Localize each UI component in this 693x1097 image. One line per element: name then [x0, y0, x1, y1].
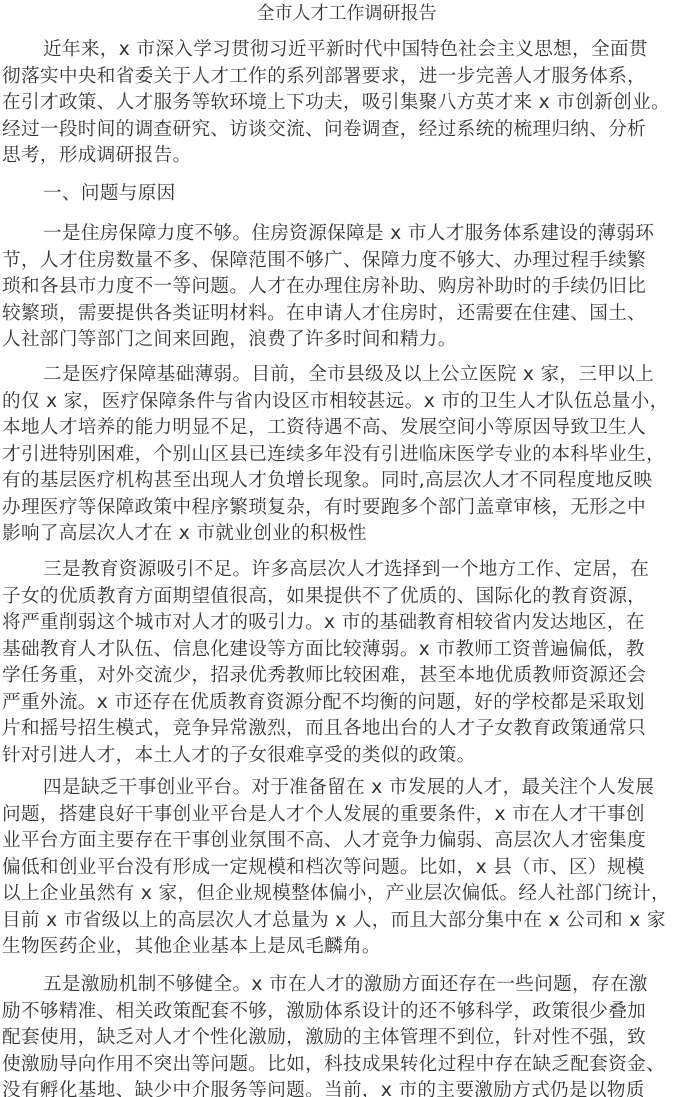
paragraph-line: 彻落实中央和省委关于人才工作的系列部署要求，进一步完善人才服务体系，: [2, 64, 693, 91]
paragraph-line: 较繁琐，需要提供各类证明材料。在申请人才住房时，还需要在住建、国土、: [2, 301, 693, 328]
housing-paragraph: 一是住房保障力度不够。住房资源保障是 x 市人才服务体系建设的薄弱环 节，人才住…: [2, 221, 693, 354]
paragraph-line: 没有孵化基地、缺少中介服务等问题。当前，x 市的主要激励方式仍是以物质: [2, 1078, 693, 1097]
paragraph-line: 影响了高层次人才在 x 市就业创业的积极性: [2, 521, 693, 548]
paragraph-line: 节，人才住房数量不多、保障范围不够广、保障力度不够大、办理过程手续繁: [2, 248, 693, 275]
intro-paragraph: 近年来，x 市深入学习贯彻习近平新时代中国特色社会主义思想，全面贯 彻落实中央和…: [2, 37, 693, 170]
paragraph-line: 励不够精准、相关政策配套不够，激励体系设计的还不够科学，政策很少叠加: [2, 999, 693, 1026]
paragraph-line: 办理医疗等保障政策中程序繁琐复杂，有时要跑多个部门盖章审核，无形之中: [2, 495, 693, 522]
paragraph-line: 人社部门等部门之间来回跑，浪费了许多时间和精力。: [2, 327, 693, 354]
paragraph-line: 业平台方面主要存在干事创业氛围不高、人才竞争力偏弱、高层次人才密集度: [2, 828, 693, 855]
paragraph-line: 偏低和创业平台没有形成一定规模和档次等问题。比如，x 县（市、区）规模: [2, 855, 693, 882]
paragraph-line: 学任务重，对外交流少，招录优秀教师比较困难，甚至本地优质教师资源还会: [2, 663, 693, 690]
section-heading: 一、问题与原因: [2, 181, 693, 208]
paragraph-line: 琐和各县市力度不一等问题。人才在办理住房补助、购房补助时的手续仍旧比: [2, 274, 693, 301]
paragraph-line: 严重外流。x 市还存在优质教育资源分配不均衡的问题，好的学校都是采取划: [2, 690, 693, 717]
paragraph-line: 一是住房保障力度不够。住房资源保障是 x 市人才服务体系建设的薄弱环: [2, 221, 693, 248]
paragraph-line: 二是医疗保障基础薄弱。目前，全市县级及以上公立医院 x 家，三甲以上: [2, 362, 693, 389]
paragraph-line: 将严重削弱这个城市对人才的吸引力。x 市的基础教育相较省内发达地区，在: [2, 610, 693, 637]
paragraph-line: 经过一段时间的调查研究、访谈交流、问卷调查，经过系统的梳理归纳、分析: [2, 117, 693, 144]
paragraph-line: 基础教育人才队伍、信息化建设等方面比较薄弱。x 市教师工资普遍偏低，教: [2, 637, 693, 664]
paragraph-line: 才引进特别困难，个别山区县已连续多年没有引进临床医学专业的本科毕业生，: [2, 442, 693, 469]
incentive-paragraph: 五是激励机制不够健全。x 市在人才的激励方面还存在一些问题，存在激 励不够精准、…: [2, 972, 693, 1097]
paragraph-line: 四是缺乏干事创业平台。对于准备留在 x 市发展的人才，最关注个人发展: [2, 775, 693, 802]
paragraph-line: 在引才政策、人才服务等软环境上下功夫，吸引集聚八方英才来 x 市创新创业。: [2, 90, 693, 117]
section-heading-problems: 一、问题与原因: [2, 181, 693, 208]
paragraph-line: 的仅 x 家，医疗保障条件与省内设区市相较甚远。x 市的卫生人才队伍总量小，: [2, 389, 693, 416]
paragraph-line: 针对引进人才，本土人才的子女很难享受的类似的政策。: [2, 743, 693, 770]
paragraph-line: 五是激励机制不够健全。x 市在人才的激励方面还存在一些问题，存在激: [2, 972, 693, 999]
medical-paragraph: 二是医疗保障基础薄弱。目前，全市县级及以上公立医院 x 家，三甲以上 的仅 x …: [2, 362, 693, 548]
paragraph-line: 以上企业虽然有 x 家，但企业规模整体偏小，产业层次偏低。经人社部门统计，: [2, 881, 693, 908]
paragraph-line: 三是教育资源吸引不足。许多高层次人才选择到一个地方工作、定居，在: [2, 557, 693, 584]
paragraph-line: 生物医药企业，其他企业基本上是凤毛麟角。: [2, 934, 693, 961]
paragraph-line: 子女的优质教育方面期望值很高，如果提供不了优质的、国际化的教育资源，: [2, 584, 693, 611]
paragraph-line: 有的基层医疗机构甚至出现人才负增长现象。同时,高层次人才不同程度地反映: [2, 468, 693, 495]
paragraph-line: 片和摇号招生模式，竞争异常激烈，而且各地出台的人才子女教育政策通常只: [2, 716, 693, 743]
education-paragraph: 三是教育资源吸引不足。许多高层次人才选择到一个地方工作、定居，在 子女的优质教育…: [2, 557, 693, 769]
document-title: 全市人才工作调研报告: [0, 2, 693, 26]
paragraph-line: 本地人才培养的能力明显不足，工资待遇不高、发展空间小等原因导致卫生人: [2, 415, 693, 442]
paragraph-line: 目前 x 市省级以上的高层次人才总量为 x 人，而且大部分集中在 x 公司和 x…: [2, 908, 693, 935]
paragraph-line: 近年来，x 市深入学习贯彻习近平新时代中国特色社会主义思想，全面贯: [2, 37, 693, 64]
platform-paragraph: 四是缺乏干事创业平台。对于准备留在 x 市发展的人才，最关注个人发展 问题，搭建…: [2, 775, 693, 961]
paragraph-line: 使激励导向作用不突出等问题。比如，科技成果转化过程中存在缺乏配套资金、: [2, 1052, 693, 1079]
paragraph-line: 思考，形成调研报告。: [2, 143, 693, 170]
paragraph-line: 问题，搭建良好干事创业平台是人才个人发展的重要条件，x 市在人才干事创: [2, 802, 693, 829]
paragraph-line: 配套使用，缺乏对人才个性化激励，激励的主体管理不到位，针对性不强，致: [2, 1025, 693, 1052]
